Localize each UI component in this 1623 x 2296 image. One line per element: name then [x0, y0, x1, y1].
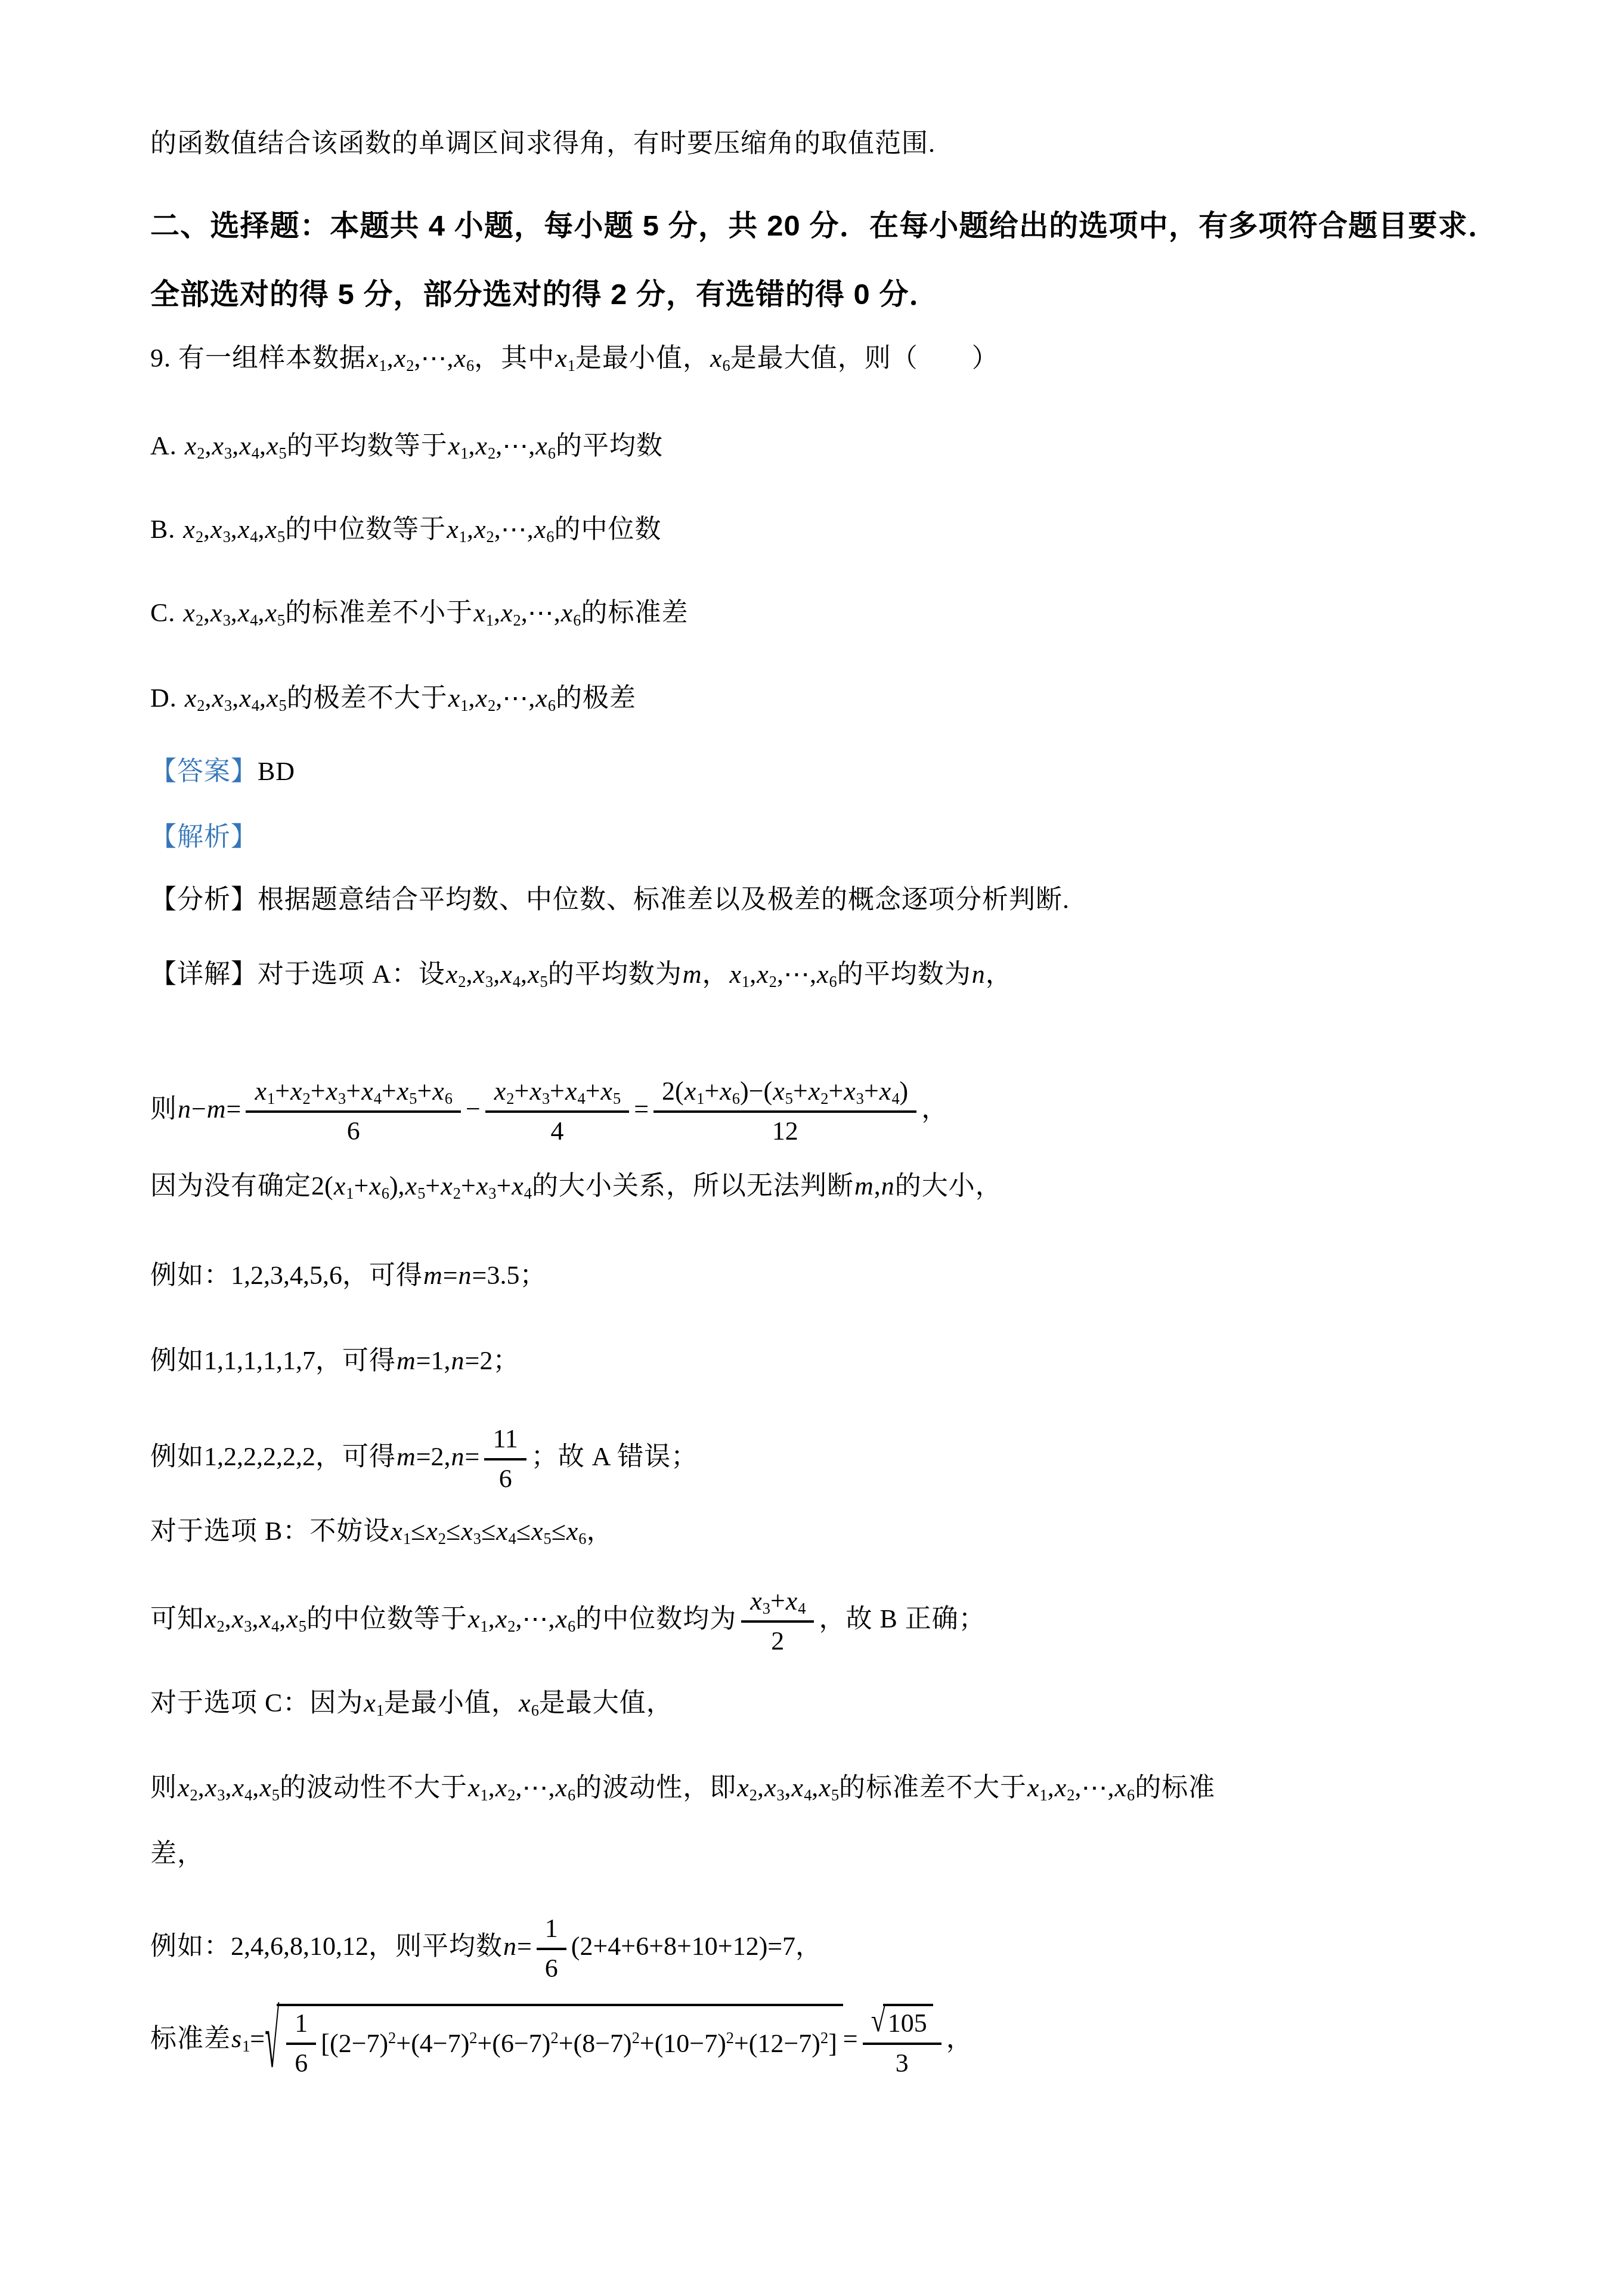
- body-text: ，可得: [315, 1442, 396, 1471]
- math-expression: x1: [555, 344, 575, 373]
- body-text: C.: [150, 598, 182, 627]
- body-text: 标准差: [150, 2024, 231, 2053]
- option-b: B. x2,x3,x4,x5的中位数等于x1,x2,⋯,x6的中位数: [150, 512, 1498, 546]
- math-expression: 1: [295, 2009, 308, 2038]
- body-text: 的标准: [1135, 1773, 1215, 1802]
- math-expression: x2,x3,x4,x5: [182, 515, 285, 544]
- body-text: ；: [519, 1261, 546, 1290]
- body-text: 可知: [150, 1604, 204, 1633]
- math-expression: 12: [772, 1116, 798, 1146]
- math-expression: 6: [347, 1116, 360, 1146]
- example-3: 例如1,2,2,2,2,2，可得m=2,n=116；故 A 错误；: [150, 1424, 1498, 1494]
- math-expression: x2,x3,x4,x5: [182, 598, 285, 627]
- body-text: 的函数值结合该函数的单调区间求得角，有时要压缩角的取值范围.: [150, 129, 936, 158]
- math-expression: x1,x2,⋯,x6: [467, 1604, 575, 1633]
- fraction: 16: [537, 1914, 566, 1984]
- math-expression: 6: [545, 1954, 558, 1983]
- body-text: BD: [258, 757, 295, 786]
- body-text: ，则平均数: [368, 1932, 503, 1961]
- math-expression: 1,1,1,1,1,7: [204, 1346, 315, 1375]
- math-expression: x2,x3,x4,x5: [445, 960, 548, 989]
- body-text: 9. 有一组样本数据: [150, 344, 366, 373]
- body-text: 对于选项 C：因为: [150, 1688, 363, 1718]
- body-text: 的波动性不大于: [280, 1773, 467, 1802]
- body-text: 的平均数为: [548, 960, 682, 989]
- square-root: √105: [871, 2004, 933, 2039]
- body-text: ，: [986, 960, 1012, 989]
- fraction: x1+x2+x3+x4+x5+x66: [246, 1076, 461, 1146]
- body-text: 【详解】对于选项 A：设: [150, 960, 445, 989]
- body-text: 因为没有确定: [150, 1171, 311, 1200]
- body-text: 的中位数: [555, 515, 662, 544]
- document-page: 的函数值结合该函数的单调区间求得角，有时要压缩角的取值范围. 二、选择题：本题共…: [0, 0, 1623, 2296]
- analysis-label-line: 【解析】: [150, 820, 1498, 854]
- label-text-blue: 【答案】: [150, 757, 258, 786]
- math-expression: 11: [493, 1424, 518, 1453]
- math-expression: m=2,n=: [396, 1442, 479, 1471]
- body-text: 的极差不大于: [287, 683, 448, 713]
- body-text: ，其中: [474, 344, 555, 373]
- body-text: 的极差: [556, 683, 636, 713]
- body-text: 的中位数等于: [285, 515, 446, 544]
- option-d: D. x2,x3,x4,x5的极差不大于x1,x2,⋯,x6的极差: [150, 681, 1498, 715]
- math-expression: 1,2,3,4,5,6: [231, 1261, 342, 1290]
- body-text: 的标准差: [581, 598, 689, 627]
- math-expression: n−m=: [177, 1094, 241, 1124]
- math-expression: x2+x3+x4+x5: [494, 1076, 621, 1106]
- math-expression: 3: [896, 2049, 909, 2078]
- math-expression: 1,2,2,2,2,2: [204, 1442, 315, 1471]
- paragraph-continuation: 的函数值结合该函数的单调区间求得角，有时要压缩角的取值范围.: [150, 126, 1498, 160]
- math-expression: x2,x3,x4,x5: [204, 1604, 306, 1633]
- math-expression: =: [843, 2024, 858, 2053]
- body-text: 例如: [150, 1442, 204, 1471]
- fraction: x3+x42: [741, 1586, 814, 1656]
- option-c-discussion: 对于选项 C：因为x1是最小值，x6是最大值，: [150, 1686, 1498, 1720]
- body-text: 例如：: [150, 1261, 231, 1290]
- body-text: 则: [150, 1094, 177, 1124]
- body-text: 是最小值，: [384, 1688, 518, 1718]
- variance-comparison: 则x2,x3,x4,x5的波动性不大于x1,x2,⋯,x6的波动性，即x2,x3…: [150, 1771, 1498, 1805]
- math-expression: x2,x3,x4,x5: [184, 431, 287, 460]
- math-expression: x3+x4: [749, 1586, 806, 1616]
- body-text: ；: [493, 1346, 519, 1375]
- math-expression: 105: [888, 2009, 927, 2039]
- label-text-blue: 【解析】: [150, 822, 258, 852]
- body-text: 则: [150, 1773, 177, 1802]
- body-text: 的波动性，即: [575, 1773, 736, 1802]
- body-text: 是最大值，: [539, 1688, 673, 1718]
- math-expression: (2+4+6+8+10+12)=7: [571, 1932, 795, 1961]
- body-text: ，: [702, 960, 729, 989]
- body-text: 是最大值，则（ ）: [730, 344, 999, 373]
- body-text: 的平均数为: [837, 960, 971, 989]
- body-text: 的中位数等于: [306, 1604, 467, 1633]
- fraction: 116: [484, 1424, 526, 1494]
- math-expression: x1+x2+x3+x4+x5+x6: [254, 1076, 453, 1106]
- body-text: 是最小值，: [575, 344, 710, 373]
- equation-n-minus-m: 则n−m=x1+x2+x3+x4+x5+x66−x2+x3+x4+x54=2(x…: [150, 1076, 1498, 1146]
- body-text: B.: [150, 515, 182, 544]
- math-expression: n=: [503, 1932, 532, 1961]
- math-expression: m: [682, 960, 702, 989]
- body-text: ，: [795, 1932, 822, 1961]
- body-text: 对于选项 B：不妨设: [150, 1517, 390, 1546]
- body-text: ，: [946, 2024, 973, 2053]
- math-expression: x1: [363, 1688, 384, 1718]
- math-expression: [(2−7)2+(4−7)2+(6−7)2+(8−7)2+(10−7)2+(12…: [321, 2026, 837, 2060]
- math-expression: m,n: [854, 1171, 895, 1200]
- body-text: 【分析】根据题意结合平均数、中位数、标准差以及极差的概念逐项分析判断.: [150, 885, 1070, 914]
- math-expression: 4: [551, 1116, 564, 1146]
- example-1: 例如：1,2,3,4,5,6，可得m=n=3.5；: [150, 1258, 1498, 1292]
- math-expression: x2,x3,x4,x5: [184, 683, 287, 713]
- math-expression: x1,x2,⋯,x6: [448, 683, 556, 713]
- body-text: 例如：: [150, 1932, 231, 1961]
- body-text: ，: [587, 1517, 614, 1546]
- math-expression: x2,x3,x4,x5: [177, 1773, 280, 1802]
- body-text: A.: [150, 431, 184, 460]
- option-b-discussion: 对于选项 B：不妨设x1≤x2≤x3≤x4≤x5≤x6，: [150, 1514, 1498, 1548]
- math-expression: s1=: [231, 2024, 265, 2053]
- math-expression: x6: [518, 1688, 539, 1718]
- body-text: 的标准差不大于: [839, 1773, 1027, 1802]
- example-mean: 例如：2,4,6,8,10,12，则平均数n=16(2+4+6+8+10+12)…: [150, 1914, 1498, 1984]
- detail-line: 【详解】对于选项 A：设x2,x3,x4,x5的平均数为m，x1,x2,⋯,x6…: [150, 957, 1498, 991]
- math-expression: x1,x2,⋯,x6: [473, 598, 581, 627]
- math-expression: 2: [771, 1626, 784, 1656]
- math-expression: x1≤x2≤x3≤x4≤x5≤x6: [390, 1517, 586, 1546]
- option-a: A. x2,x3,x4,x5的平均数等于x1,x2,⋯,x6的平均数: [150, 429, 1498, 463]
- body-text: ，可得: [315, 1346, 396, 1375]
- math-expression: 6: [499, 1464, 512, 1493]
- reason-line: 因为没有确定2(x1+x6),x5+x2+x3+x4的大小关系，所以无法判断m,…: [150, 1169, 1498, 1203]
- body-text: 的大小关系，所以无法判断: [532, 1171, 854, 1200]
- body-text: 的中位数均为: [575, 1604, 736, 1633]
- math-expression: x1,x2,⋯,x6: [729, 960, 837, 989]
- median-conclusion: 可知x2,x3,x4,x5的中位数等于x1,x2,⋯,x6的中位数均为x3+x4…: [150, 1586, 1498, 1656]
- math-expression: x1,x2,⋯,x6: [366, 344, 474, 373]
- math-expression: m=n=3.5: [423, 1261, 519, 1290]
- math-expression: x6: [710, 344, 730, 373]
- body-text: 例如: [150, 1346, 204, 1375]
- option-c: C. x2,x3,x4,x5的标准差不小于x1,x2,⋯,x6的标准差: [150, 596, 1498, 630]
- math-expression: x2,x3,x4,x5: [736, 1773, 839, 1802]
- section-header: 二、选择题：本题共 4 小题，每小题 5 分，共 20 分．在每小题给出的选项中…: [150, 192, 1498, 329]
- body-text: 的标准差不小于: [285, 598, 473, 627]
- math-expression: −: [466, 1094, 481, 1124]
- example-2: 例如1,1,1,1,1,7，可得m=1,n=2；: [150, 1344, 1498, 1378]
- math-expression: 6: [295, 2049, 308, 2078]
- body-text: 的平均数等于: [287, 431, 448, 460]
- body-text: 差，: [150, 1839, 204, 1868]
- math-expression: 2(x1+x6),x5+x2+x3+x4: [311, 1171, 532, 1200]
- body-text: 的大小，: [895, 1171, 1002, 1200]
- body-text: ，可得: [342, 1261, 423, 1290]
- math-expression: n: [971, 960, 986, 989]
- fraction: 16: [286, 2009, 316, 2078]
- fraction: x2+x3+x4+x54: [485, 1076, 629, 1146]
- fraction: 2(x1+x6)−(x5+x2+x3+x4)12: [653, 1076, 916, 1146]
- math-expression: 2,4,6,8,10,12: [231, 1932, 368, 1961]
- math-expression: x1,x2,⋯,x6: [448, 431, 556, 460]
- example-stddev: 标准差s1=√16[(2−7)2+(4−7)2+(6−7)2+(8−7)2+(1…: [150, 2004, 1498, 2078]
- body-text: 的平均数: [556, 431, 663, 460]
- math-expression: 2(x1+x6)−(x5+x2+x3+x4): [662, 1076, 908, 1106]
- body-text: ；故 A 错误；: [531, 1442, 698, 1471]
- analysis-line: 【分析】根据题意结合平均数、中位数、标准差以及极差的概念逐项分析判断.: [150, 883, 1498, 917]
- question-9-stem: 9. 有一组样本数据x1,x2,⋯,x6，其中x1是最小值，x6是最大值，则（ …: [150, 341, 1498, 375]
- variance-comparison-cont: 差，: [150, 1837, 1498, 1871]
- math-expression: x1,x2,⋯,x6: [446, 515, 554, 544]
- body-text: D.: [150, 683, 184, 713]
- body-text: 二、选择题：本题共 4 小题，每小题 5 分，共 20 分．在每小题给出的选项中…: [150, 210, 1498, 311]
- math-expression: m=1,n=2: [396, 1346, 493, 1375]
- math-expression: x1,x2,⋯,x6: [1027, 1773, 1135, 1802]
- fraction: √1053: [863, 2004, 941, 2078]
- body-text: ，: [921, 1094, 948, 1124]
- math-expression: 1: [545, 1914, 558, 1943]
- answer-line: 【答案】BD: [150, 754, 1498, 788]
- square-root: √16[(2−7)2+(4−7)2+(6−7)2+(8−7)2+(10−7)2+…: [265, 2004, 843, 2078]
- math-expression: x1,x2,⋯,x6: [467, 1773, 575, 1802]
- math-expression: =: [634, 1094, 649, 1124]
- body-text: ，故 B 正确；: [819, 1604, 985, 1633]
